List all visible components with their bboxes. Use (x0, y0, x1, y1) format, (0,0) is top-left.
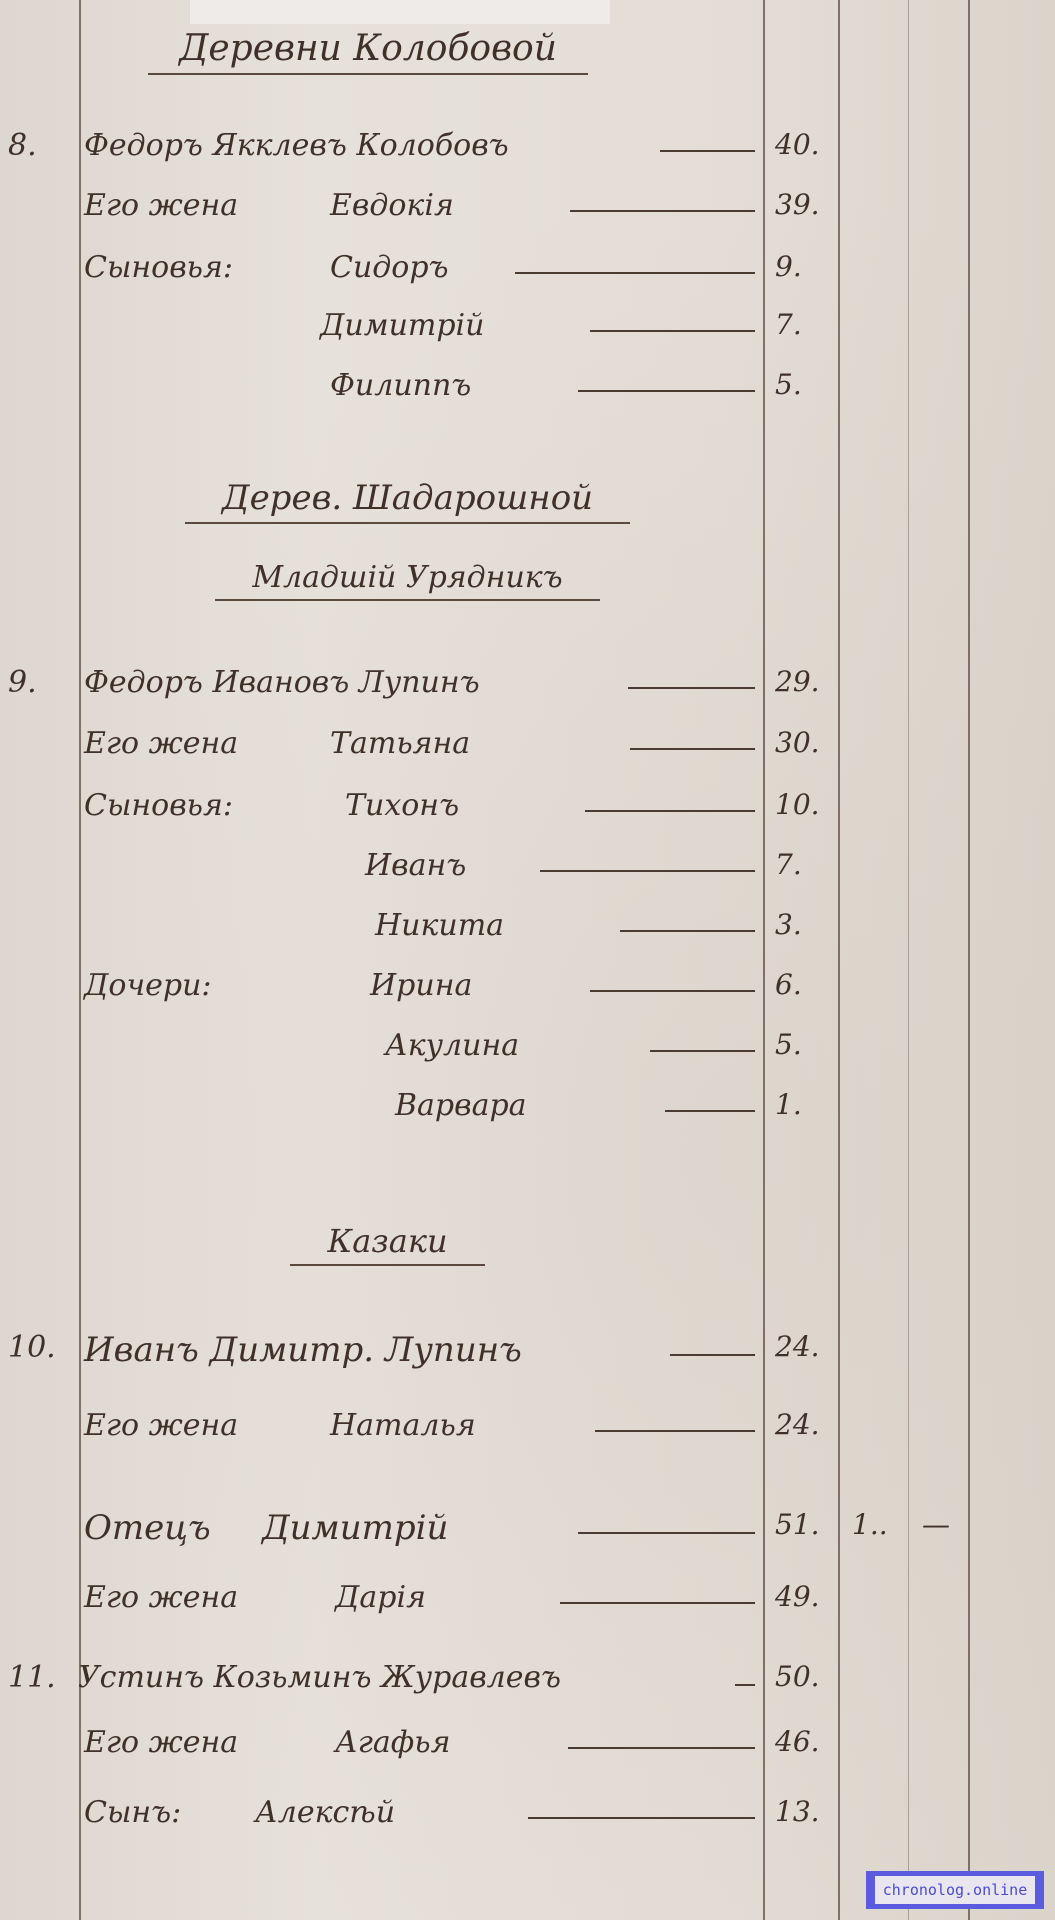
dash-line (620, 930, 755, 932)
person-name: Никита (375, 908, 504, 943)
age-value: 7. (775, 308, 802, 341)
entry-row: Акулина 5. (0, 1028, 1055, 1078)
age-value: 24. (775, 1330, 820, 1363)
relation-label: Его жена (84, 1725, 238, 1760)
person-name: Иванъ (365, 848, 466, 883)
entry-row: 11. Устинъ Козьминъ Журавлевъ 50. (0, 1660, 1055, 1710)
age-value: 30. (775, 726, 820, 759)
entry-row: Его жена Наталья 24. (0, 1408, 1055, 1458)
age-value: 5. (775, 1028, 802, 1061)
dash-line (590, 990, 755, 992)
dash-line (670, 1354, 755, 1356)
entry-number: 8. (8, 128, 37, 163)
dash-line (578, 390, 755, 392)
entry-row: Отецъ Димитрій 51. 1.. — (0, 1508, 1055, 1558)
entry-row: 10. Иванъ Димитр. Лупинъ 24. (0, 1330, 1055, 1380)
relation-label: Его жена (84, 1580, 238, 1615)
person-name: Сидоръ (330, 250, 449, 285)
entry-row: Его жена Агафья 46. (0, 1725, 1055, 1775)
person-name: Евдокія (330, 188, 454, 223)
dash-line (560, 1602, 755, 1604)
dash-line (650, 1050, 755, 1052)
person-name: Дарія (335, 1580, 426, 1615)
document-page: Деревни Колобовой 8. Федоръ Якклевъ Коло… (0, 0, 1055, 1920)
entry-row: Сыновья: Сидоръ 9. (0, 250, 1055, 300)
person-name: Алексѣй (255, 1795, 395, 1830)
age-value: 29. (775, 665, 820, 698)
age-value: 10. (775, 788, 820, 821)
entry-row: Филиппъ 5. (0, 368, 1055, 418)
age-value: 40. (775, 128, 820, 161)
age-value: 51. (775, 1508, 820, 1541)
entry-row: Сынъ: Алексѣй 13. (0, 1795, 1055, 1845)
entry-row: Его жена Дарія 49. (0, 1580, 1055, 1630)
dash-line (515, 272, 755, 274)
entry-row: 8. Федоръ Якклевъ Колобовъ 40. (0, 128, 1055, 178)
section-heading: Деревни Колобовой (148, 28, 588, 75)
age-value: 9. (775, 250, 802, 283)
dash-line (735, 1684, 755, 1686)
age-value: 7. (775, 848, 802, 881)
relation-label: Сыновья: (84, 788, 233, 823)
dash-line (568, 1747, 755, 1749)
dash-line (590, 330, 755, 332)
age-value: 13. (775, 1795, 820, 1828)
entry-row: Его жена Татьяна 30. (0, 726, 1055, 776)
dash-line (630, 748, 755, 750)
dash-line (570, 210, 755, 212)
age-value: 39. (775, 188, 820, 221)
entry-row: Димитрій 7. (0, 308, 1055, 358)
page-top-edge (190, 0, 610, 24)
relation-label: Сынъ: (84, 1795, 181, 1830)
dash-line (585, 810, 755, 812)
age-value: 46. (775, 1725, 820, 1758)
extra-column-value-1: 1.. (852, 1508, 888, 1541)
person-name: Филиппъ (330, 368, 471, 403)
person-name: Иванъ Димитр. Лупинъ (84, 1330, 522, 1370)
person-name: Устинъ Козьминъ Журавлевъ (78, 1660, 561, 1695)
age-value: 1. (775, 1088, 802, 1121)
entry-number: 9. (8, 665, 37, 700)
age-value: 50. (775, 1660, 820, 1693)
person-name: Федоръ Якклевъ Колобовъ (84, 128, 509, 163)
person-name: Димитрій (320, 308, 484, 343)
age-value: 3. (775, 908, 802, 941)
entry-row: Иванъ 7. (0, 848, 1055, 898)
relation-label: Отецъ (84, 1508, 211, 1548)
watermark-text: chronolog.online (875, 1876, 1035, 1904)
section-subheading: Младшій Урядникъ (215, 560, 600, 601)
entry-row: Сыновья: Тихонъ 10. (0, 788, 1055, 838)
extra-column-value-2: — (922, 1508, 950, 1541)
entry-number: 10. (8, 1330, 56, 1365)
dash-line (660, 150, 755, 152)
age-value: 6. (775, 968, 802, 1001)
relation-label: Сыновья: (84, 250, 233, 285)
age-value: 5. (775, 368, 802, 401)
dash-line (628, 687, 755, 689)
entry-number: 11. (8, 1660, 56, 1695)
age-value: 24. (775, 1408, 820, 1441)
person-name: Татьяна (330, 726, 470, 761)
relation-label: Его жена (84, 1408, 238, 1443)
section-heading: Казаки (290, 1222, 485, 1266)
relation-label: Его жена (84, 726, 238, 761)
dash-line (528, 1817, 755, 1819)
watermark-badge: chronolog.online (866, 1871, 1044, 1909)
person-name: Агафья (335, 1725, 450, 1760)
dash-line (665, 1110, 755, 1112)
relation-label: Его жена (84, 188, 238, 223)
dash-line (578, 1532, 755, 1534)
person-name: Ирина (370, 968, 472, 1003)
person-name: Федоръ Ивановъ Лупинъ (84, 665, 480, 700)
person-name: Наталья (330, 1408, 476, 1443)
person-name: Тихонъ (345, 788, 459, 823)
entry-row: 9. Федоръ Ивановъ Лупинъ 29. (0, 665, 1055, 715)
age-value: 49. (775, 1580, 820, 1613)
entry-row: Дочери: Ирина 6. (0, 968, 1055, 1018)
entry-row: Его жена Евдокія 39. (0, 188, 1055, 238)
section-heading: Дерев. Шадарошной (185, 478, 630, 524)
person-name: Акулина (385, 1028, 519, 1063)
person-name: Варвара (395, 1088, 527, 1123)
entry-row: Никита 3. (0, 908, 1055, 958)
person-name: Димитрій (262, 1508, 448, 1548)
relation-label: Дочери: (84, 968, 212, 1003)
dash-line (595, 1430, 755, 1432)
entry-row: Варвара 1. (0, 1088, 1055, 1138)
dash-line (540, 870, 755, 872)
